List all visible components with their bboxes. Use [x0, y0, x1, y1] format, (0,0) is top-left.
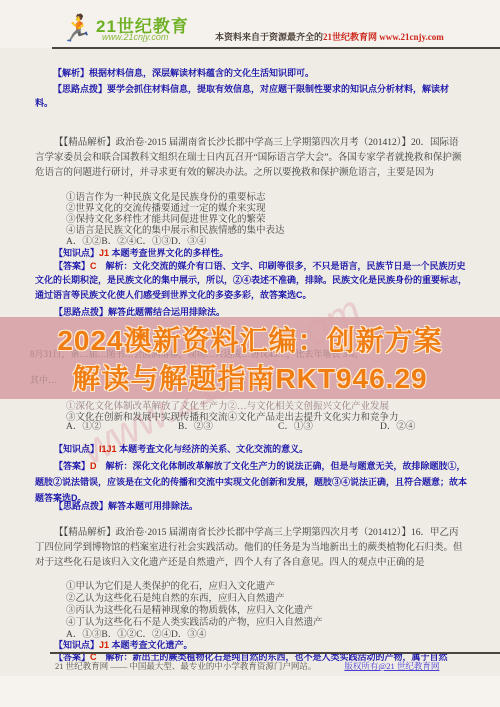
intro-analysis: 【解析】根据材料信息，深层解读材料蕴含的文化生活知识即可。 — [35, 67, 467, 81]
kp-code: J1 — [99, 248, 109, 258]
choice-a: A．①② — [66, 418, 178, 432]
tagline-site-link[interactable]: 21世纪教育网 www.21cnjy.com — [323, 32, 444, 42]
runner-icon: 🏃 — [59, 14, 98, 44]
banner-title-line2: 解读与解题指南RKT946.29 — [0, 357, 500, 397]
page-footer: 21 世纪教育网 —— 中国最大型、最专业的中小学教育资源门户网站。版权所有@2… — [55, 660, 485, 672]
tip-label: 【思路点拨】 — [54, 307, 108, 317]
page-bottom-margin — [0, 676, 500, 707]
q16-option-2: ②乙认为这些化石是纯自然的东西，应归入自然遗产 — [66, 594, 466, 606]
analysis-label: 【解析】 — [53, 68, 89, 78]
kp-label: 【知识点】 — [54, 248, 99, 258]
choice-d: D．②④ — [380, 418, 415, 432]
promo-banner-overlay: 8月31日，第…届…图书…会圆满落幕，现场…共达成…协议43…，比去年增长 3%… — [0, 317, 500, 399]
q20-option-3: ③保持文化多样性才能共同促进世界文化的繁荣 — [66, 215, 466, 227]
q16-stem: 【【精品解析】政治卷·2015 届湖南省长沙长郡中学高三上学期第四次月考（201… — [35, 526, 467, 571]
midq-option-12-washed: ①深化文化体制改革解放了文化生产力②…与文化相关文创振兴文化产业发展 — [66, 398, 486, 412]
intro-tips: 【思路点拨】要学会抓住材料信息，提取有效信息，对应题干限制性要求的知识点分析材料… — [35, 83, 467, 110]
site-logo[interactable]: 🏃 21世纪教育 www.21cnjy.com — [62, 6, 212, 46]
q16-option-3: ③丙认为这些化石是精神现象的物质载体，应归入文化遗产 — [66, 606, 466, 618]
tip-label: 【思路点拨】 — [54, 501, 108, 511]
answer-label: 【答案】 — [54, 261, 90, 271]
header-tagline: 本资料来自于资源最齐全的21世纪教育网 www.21cnjy.com — [215, 30, 444, 43]
choice-b: B．②③ — [178, 418, 278, 432]
q20-option-1: ①语言作为一种民族文化是民族身份的重要标志 — [66, 193, 466, 205]
q16-option-1: ①甲认为它们是人类保护的化石，应归入文化遗产 — [66, 582, 466, 594]
choice-c: C．①③ — [278, 418, 380, 432]
tip-text: 解答本题可用排除法。 — [108, 501, 198, 511]
footer-text: 21 世纪教育网 —— 中国最大型、最专业的中小学教育资源门户网站。 — [55, 661, 316, 671]
analysis-text: 根据材料信息，深层解读材料蕴含的文化生活知识即可。 — [89, 68, 314, 78]
document-page: 🏃 21世纪教育 www.21cnjy.com 本资料来自于资源最齐全的21世纪… — [0, 0, 500, 707]
tip-text: 解答此题需结合运用排除法。 — [108, 307, 225, 317]
q20-option-2: ②世界文化的交流传播要通过一定的媒介来实现 — [66, 204, 466, 216]
answer-label: 【答案】 — [54, 461, 90, 471]
banner-title-line1: 2024澳新资料汇编：创新方案 — [0, 319, 500, 359]
q20-stem: 【【精品解析】政治卷·2015 届湖南省长沙长郡中学高三上学期第四次月考（201… — [35, 136, 467, 181]
midq-choices: A．①② B．②③ C．①③ D．②④ — [66, 418, 426, 432]
kp-text: 本题考查文化遗产。 — [112, 640, 193, 650]
q16-option-4: ④丁认为这些化石不是人类实践活动的产物，应归入自然遗产 — [66, 618, 466, 630]
kp-label: 【知识点】 — [54, 640, 99, 650]
q20-answer: 【答案】C 解析：文化交流的媒介有口语、文字、印刷等很多，不只是语言，民族节日是… — [35, 260, 467, 304]
midq-knowledge-point: 【知识点】I1J1 本题考查文化与经济的关系、文化交流的意义。 — [35, 443, 467, 458]
kp-text: 本题考查世界文化的多样性。 — [112, 248, 229, 258]
tagline-prefix: 本资料来自于资源最齐全的 — [215, 32, 323, 42]
copyright-link[interactable]: 版权所有@21 世纪教育网 — [344, 661, 439, 671]
kp-label: 【知识点】 — [54, 444, 99, 454]
footer-divider — [50, 652, 500, 654]
header-divider — [52, 47, 500, 49]
q20-option-4: ④语言是民族文化的集中展示和民族情感的集中表达 — [66, 226, 466, 238]
kp-code: I1J1 — [99, 444, 117, 454]
kp-code: J1 — [99, 640, 109, 650]
midq-tip: 【思路点拨】解答本题可用排除法。 — [35, 500, 467, 515]
logo-url: www.21cnjy.com — [102, 32, 168, 42]
page-header: 🏃 21世纪教育 www.21cnjy.com 本资料来自于资源最齐全的21世纪… — [0, 0, 500, 48]
tips-label: 【思路点拨】 — [53, 84, 107, 94]
kp-text: 本题考查文化与经济的关系、文化交流的意义。 — [119, 444, 308, 454]
